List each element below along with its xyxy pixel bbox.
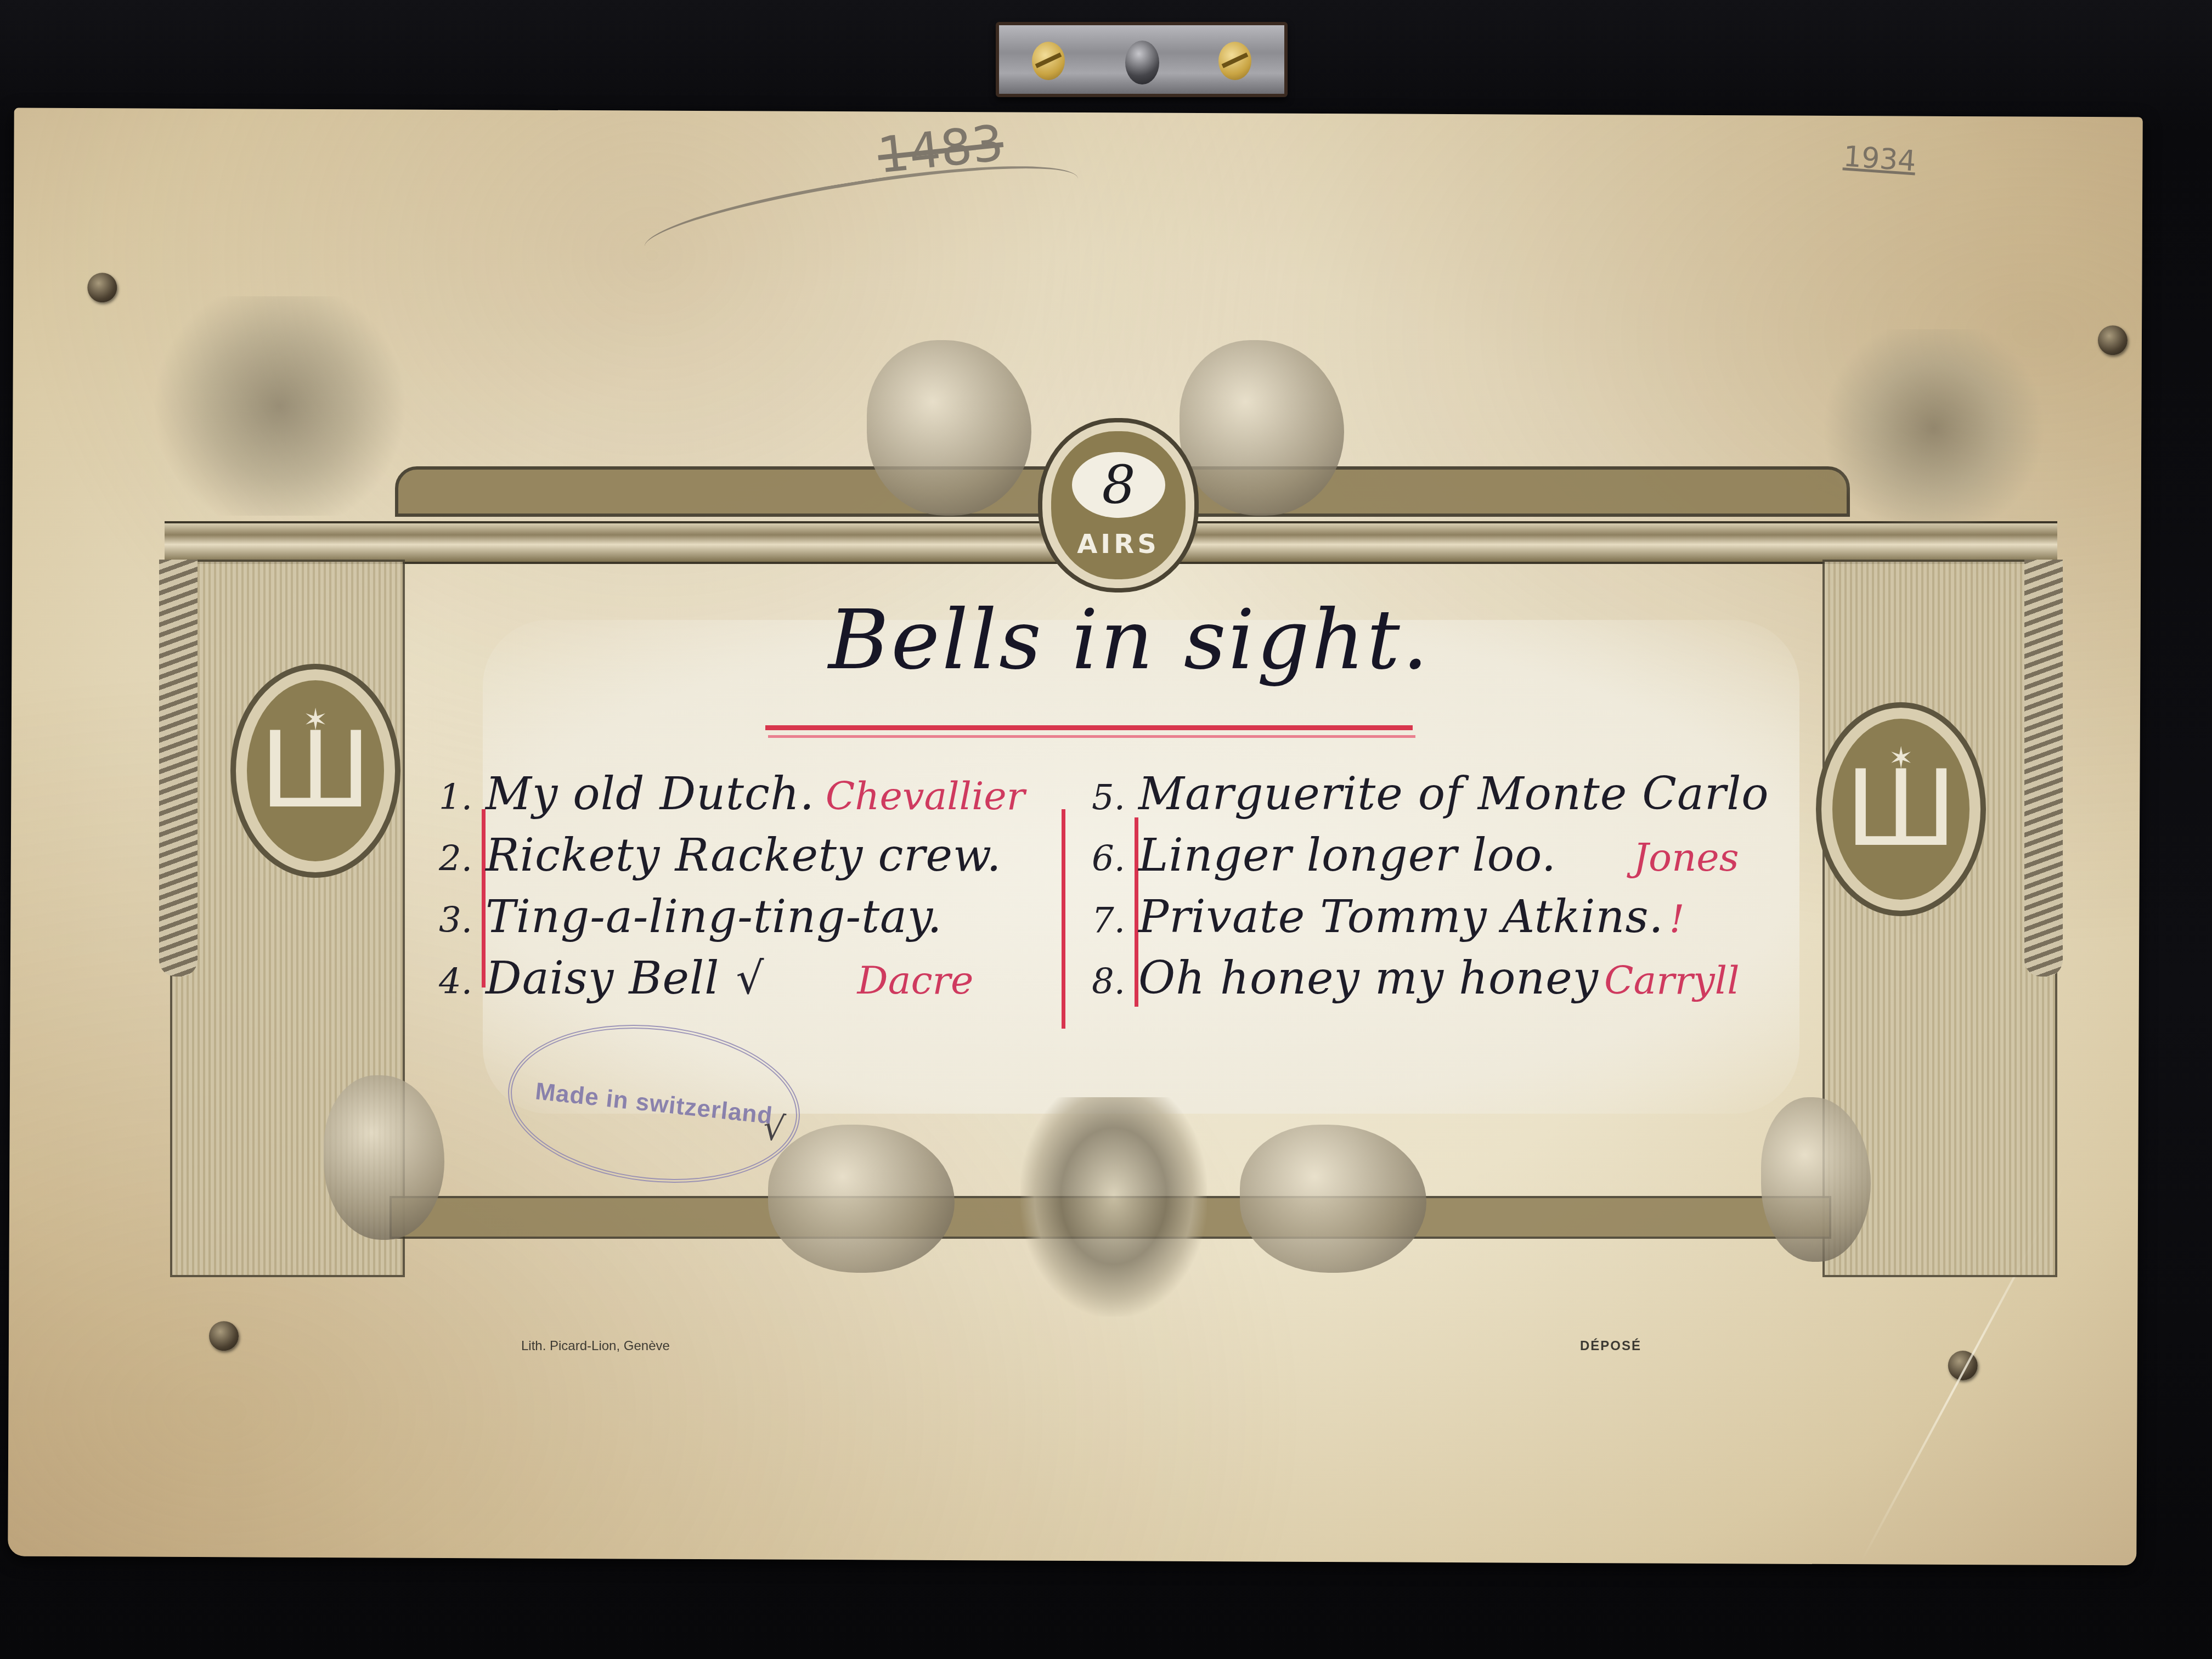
- tune-title: Marguerite of Monte Carlo: [1138, 768, 1769, 820]
- airs-count-badge: 8 AIRS: [1042, 422, 1194, 588]
- star-icon: ✶: [303, 702, 328, 737]
- tune-number: 6.: [1092, 839, 1138, 879]
- tune-title: Rickety Rackety crew.: [486, 830, 1002, 882]
- tune-item-2: 2. Rickety Rackety crew.: [439, 830, 1025, 891]
- tune-number: 5.: [1092, 777, 1138, 818]
- tune-note-red: Dacre: [857, 958, 974, 1003]
- bottom-lyre-wreath-ornament: [1020, 1097, 1207, 1317]
- tune-note-red: Carryll: [1604, 958, 1740, 1003]
- card-title: Bells in sight.: [828, 592, 1432, 688]
- tune-number: 8.: [1092, 962, 1138, 1002]
- tune-note-red: !: [1669, 896, 1685, 941]
- tune-item-5: 5. Marguerite of Monte Carlo: [1092, 768, 1769, 830]
- tune-title: Ting-a-ling-ting-tay.: [486, 891, 943, 943]
- tune-list-right: 5. Marguerite of Monte Carlo 6. Linger l…: [1092, 768, 1769, 1014]
- title-underline-secondary: [768, 735, 1415, 738]
- title-underline: [765, 725, 1413, 730]
- tune-item-4: 4. Daisy Bell √ Dacre: [439, 952, 1025, 1014]
- tune-item-8: 8. Oh honey my honey Carryll: [1092, 952, 1769, 1014]
- tune-item-6: 6. Linger longer loo. Jones: [1092, 830, 1769, 891]
- registered-mark: DÉPOSÉ: [1580, 1339, 1641, 1354]
- tune-item-3: 3. Ting-a-ling-ting-tay.: [439, 891, 1025, 952]
- tune-number: 2.: [439, 839, 486, 879]
- brass-screw-icon: [1218, 42, 1251, 80]
- muse-bust-harp-ornament: [137, 296, 422, 516]
- tack-icon: [87, 273, 117, 302]
- checkmark-icon: √: [736, 953, 764, 1004]
- stamp-text: Made in switzerland: [534, 1077, 774, 1130]
- red-margin-rule: [1062, 809, 1065, 1029]
- tune-item-1: 1. My old Dutch. Chevallier: [439, 768, 1025, 830]
- tune-note-red: Jones: [1633, 835, 1739, 880]
- airs-label: AIRS: [1051, 529, 1186, 560]
- tune-title: Linger longer loo.: [1138, 830, 1556, 882]
- tune-number: 1.: [439, 777, 486, 818]
- star-icon: ✶: [1888, 741, 1913, 775]
- lyre-medallion-left: ✶ Ш: [236, 669, 395, 872]
- urn-mandolin-ornament: [1810, 329, 2057, 527]
- tune-title: My old Dutch.: [486, 768, 815, 820]
- tune-title: Daisy Bell: [486, 952, 720, 1005]
- tack-icon: [209, 1321, 239, 1351]
- tack-icon: [2098, 325, 2128, 355]
- tune-item-7: 7. Private Tommy Atkins. !: [1092, 891, 1769, 952]
- tune-title: Private Tommy Atkins.: [1138, 891, 1664, 943]
- pencil-number-right: 1934: [1842, 140, 1917, 178]
- lyre-medallion-right: ✶ Ш: [1821, 708, 1980, 911]
- right-drape: [2024, 560, 2063, 977]
- lid-latch-plate: [996, 22, 1288, 97]
- printer-imprint: Lith. Picard-Lion, Genève: [521, 1339, 670, 1354]
- tune-title: Oh honey my honey: [1138, 952, 1599, 1005]
- airs-count: 8: [1072, 452, 1165, 518]
- brass-screw-icon: [1032, 42, 1065, 80]
- tune-number: 3.: [439, 900, 486, 941]
- tune-note-red: Chevallier: [826, 774, 1025, 819]
- latch-knob-icon: [1125, 41, 1159, 84]
- tune-number: 7.: [1092, 900, 1138, 941]
- tune-list-left: 1. My old Dutch. Chevallier 2. Rickety R…: [439, 768, 1025, 1014]
- left-drape: [159, 560, 198, 977]
- checkmark-icon: √: [761, 1107, 787, 1149]
- tune-number: 4.: [439, 962, 486, 1002]
